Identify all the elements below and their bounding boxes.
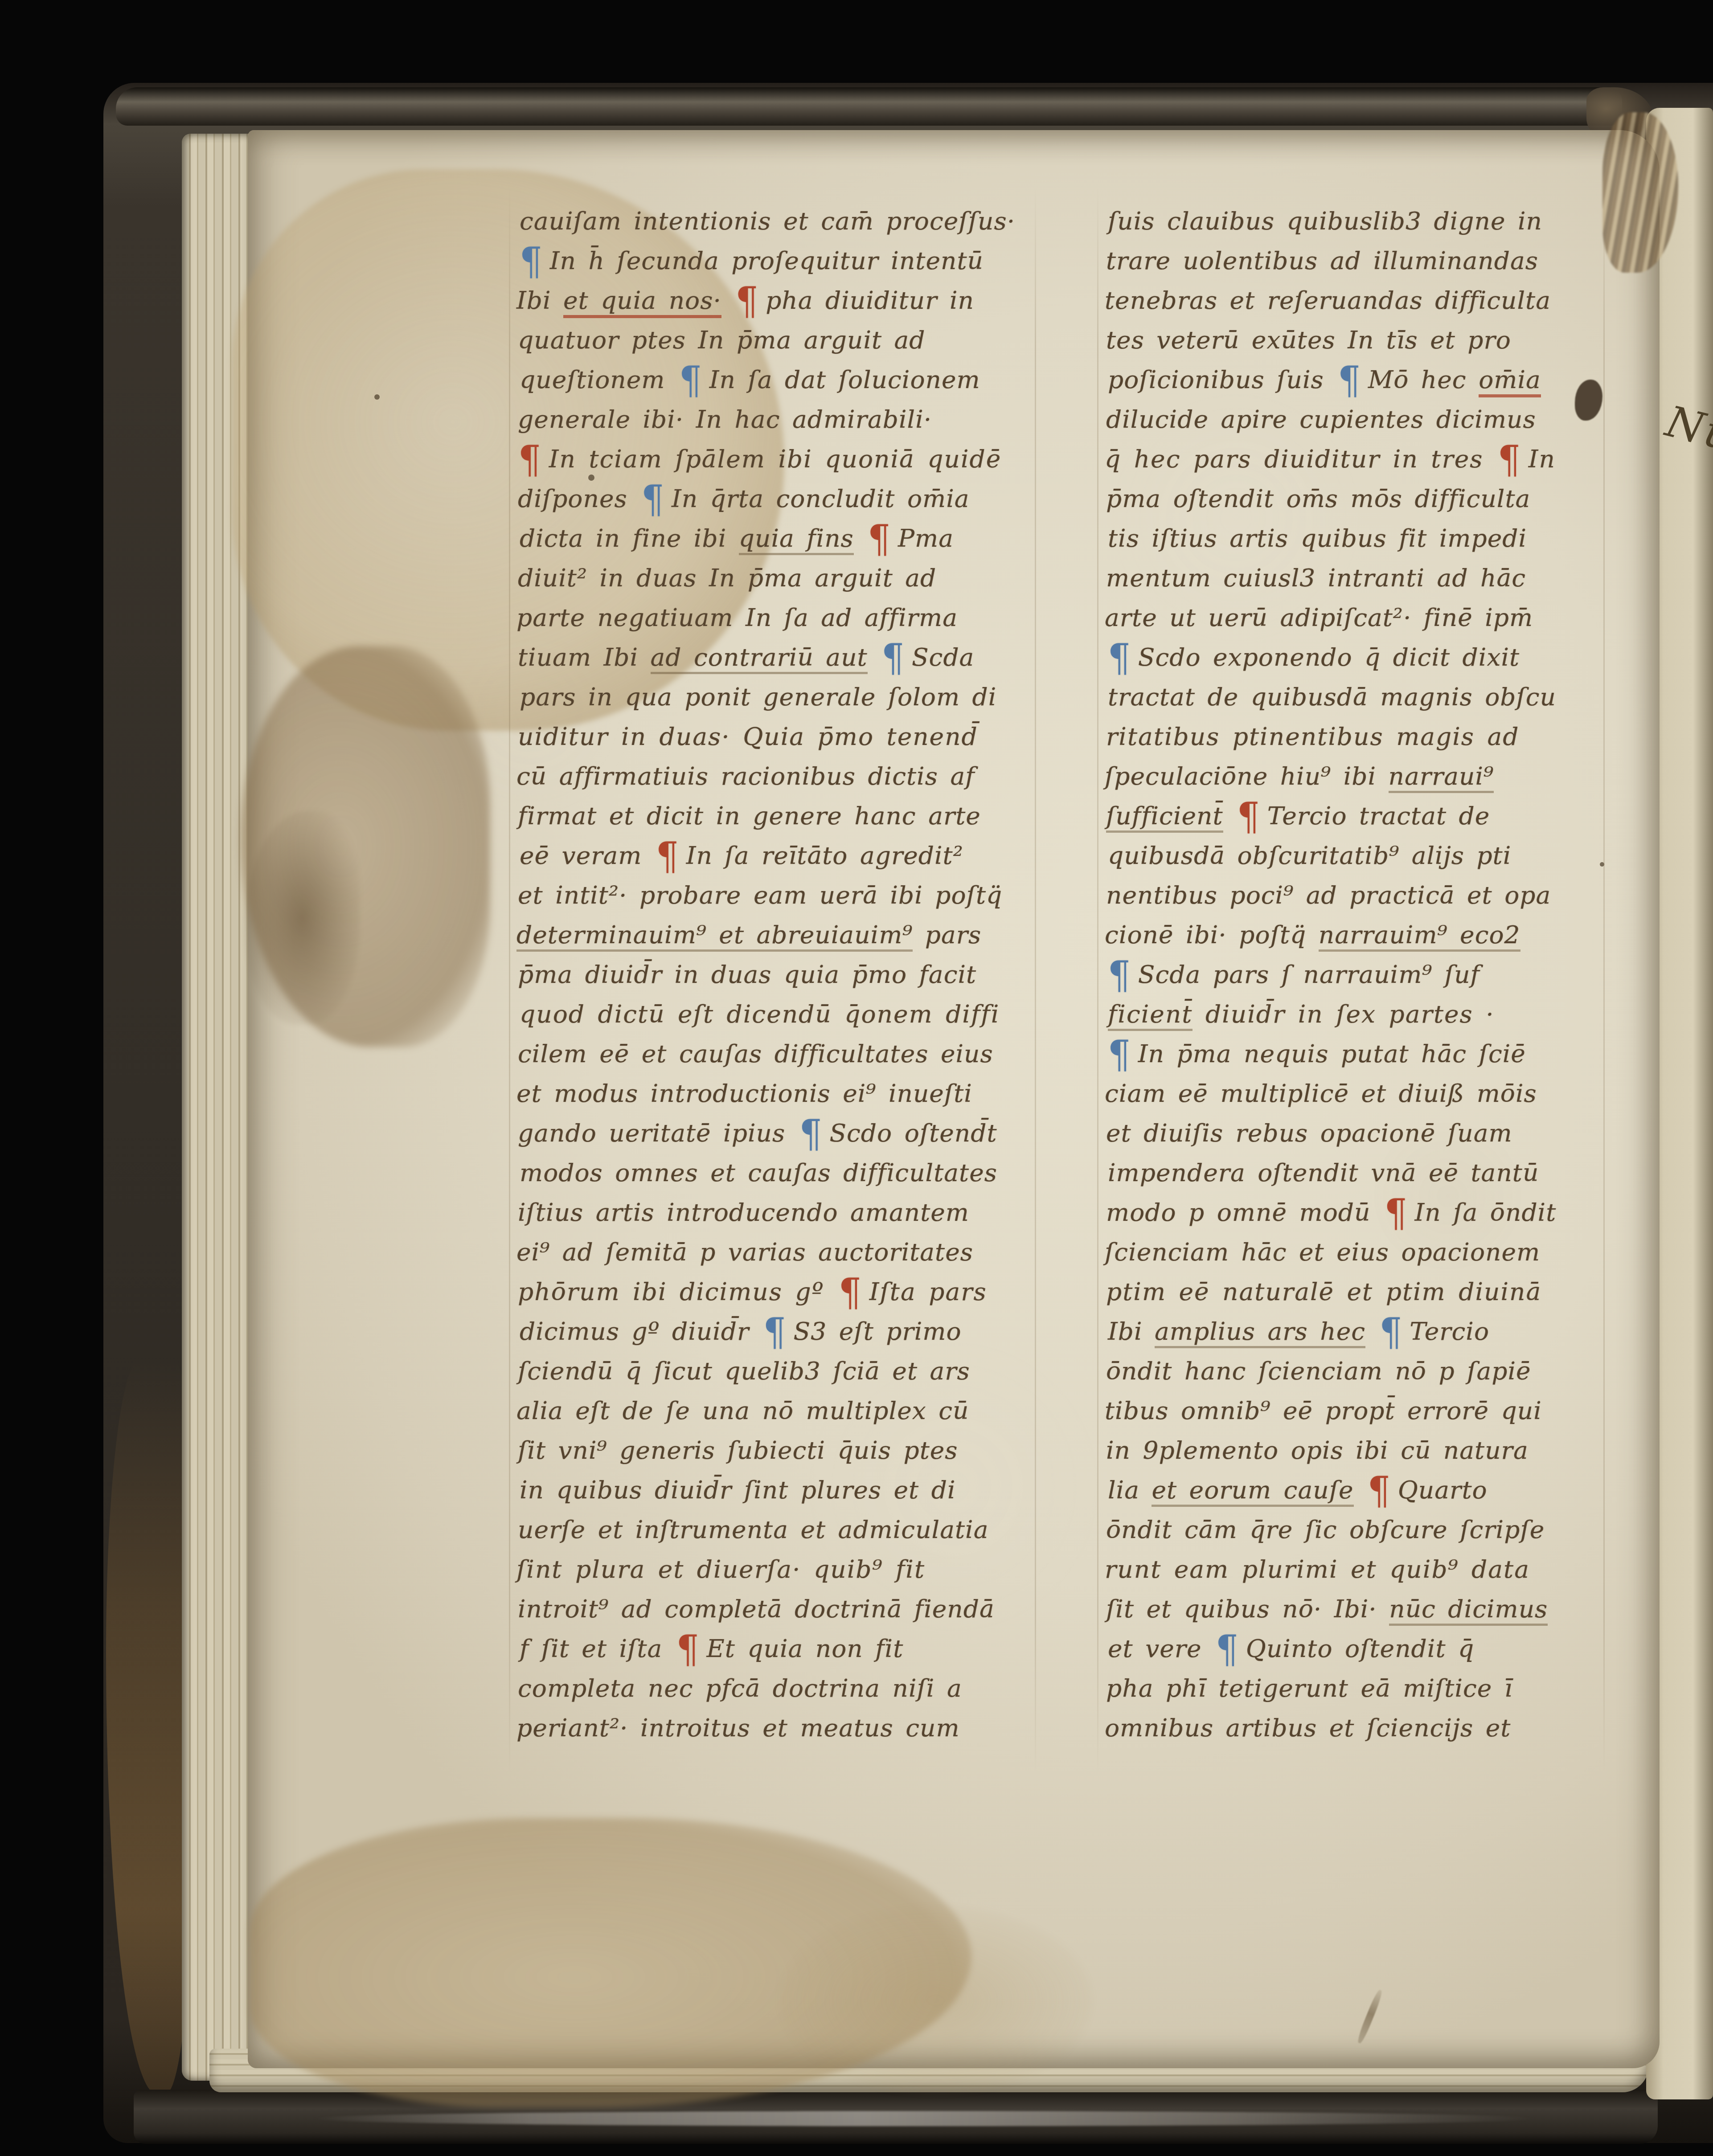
text-segment: et diuiſis rebus opacionē ſuam — [1106, 1119, 1512, 1147]
text-segment: tis iſtius artis quibus fit impedi — [1108, 524, 1527, 552]
ink-underlined-text: determinauim⁹ et abreuiauim⁹ — [516, 920, 913, 952]
text-segment: quibusdā obſcuritatib⁹ alijs pti — [1108, 841, 1511, 870]
paragraph-mark-blue: ¶ — [520, 242, 543, 281]
text-segment: completa nec pfcā doctrina niſi a — [518, 1674, 962, 1702]
text-segment: ſciendū q̄ ſicut quelib3 ſciā et ars — [518, 1357, 970, 1385]
text-segment — [1354, 1476, 1366, 1504]
ruling-line — [509, 187, 510, 1773]
text-segment — [868, 643, 880, 671]
text-line: cū affirmatiuis racionibus dictis af — [516, 757, 1012, 796]
text-segment: ſuis clauibus quibuslib3 digne in — [1108, 207, 1542, 235]
text-line: uerſe et inſtrumenta et admiculatia — [518, 1510, 1013, 1550]
text-line: p̄ma oſtendit om̄s mōs difficulta — [1106, 479, 1557, 519]
text-segment — [1223, 802, 1235, 830]
text-line: modos omnes et cauſas difficultates — [520, 1153, 1015, 1193]
text-line: ¶In h̄ ſecunda proſequitur intentū — [518, 241, 1013, 281]
red-underlined-text: om̄ia — [1479, 365, 1541, 397]
text-segment: In ſa ōndit — [1415, 1198, 1557, 1227]
text-line: et modus introductionis ei⁹ inueſti — [516, 1074, 1012, 1113]
text-segment: In p̄ma nequis putat hāc ſciē — [1138, 1039, 1526, 1068]
text-segment: tes veterū exūtes In tīs et pro — [1106, 326, 1511, 354]
paragraph-mark-red: ¶ — [518, 441, 542, 479]
paragraph-mark-blue: ¶ — [1108, 639, 1131, 677]
text-segment: Et quia non fit — [707, 1634, 904, 1663]
text-line: tiuam Ibi ad contrariū aut ¶Scda — [518, 638, 1013, 677]
text-segment: pha phī tetigerunt eā miſtice ī — [1106, 1674, 1512, 1702]
text-segment: ſit vni⁹ generis ſubiecti q̄uis ptes — [518, 1436, 958, 1465]
text-segment: dilucide apire cupientes dicimus — [1106, 405, 1536, 434]
text-line: arte ut uerū adipiſcat²· finē ipm̄ — [1105, 598, 1556, 638]
text-line: alia eſt de ſe una nō multiplex cū — [516, 1391, 1012, 1431]
text-segment: f ſit et iſta — [520, 1634, 675, 1663]
paragraph-mark-blue: ¶ — [799, 1115, 823, 1153]
text-line: et vere ¶Quinto oſtendit q̄ — [1108, 1629, 1559, 1669]
text-line: mentum cuiusl3 intranti ad hāc — [1106, 558, 1557, 598]
column-left-text: cauiſam intentionis et cam̄ proceſſus·¶I… — [518, 201, 1013, 1748]
ink-underlined-text: ad contrariū aut — [651, 643, 868, 674]
text-line: pha phī tetigerunt eā miſtice ī — [1106, 1669, 1557, 1708]
paragraph-mark-blue: ¶ — [1338, 361, 1361, 400]
text-segment: Tercio — [1410, 1317, 1489, 1346]
text-line: eē veram ¶In ſa reītāto agredit² — [520, 836, 1015, 875]
text-line: uiditur in duas· Quia p̄mo tenend̄ — [518, 717, 1013, 757]
cover-bottom-sheen — [312, 2111, 1537, 2126]
ink-underlined-text: nūc dicimus — [1389, 1595, 1548, 1626]
text-line: ptim eē naturalē et ptim diuinā — [1106, 1272, 1557, 1312]
text-line: quibusdā obſcuritatib⁹ alijs pti — [1108, 836, 1559, 875]
paragraph-mark-red: ¶ — [1237, 798, 1260, 836]
text-segment: omnibus artibus et ſciencijs et — [1105, 1714, 1511, 1742]
text-segment: in 9plemento opis ibi cū natura — [1106, 1436, 1529, 1465]
text-segment: Scda — [912, 643, 974, 671]
text-segment: pha diuiditur in — [766, 286, 974, 315]
text-segment: et intit²· probare eam uerā ibi poſtq̈ — [518, 881, 1002, 909]
ink-underlined-text: ſufficient̄ — [1106, 802, 1223, 833]
ink-underlined-text: amplius ars hec — [1155, 1317, 1365, 1348]
text-segment: periant²· introitus et meatus cum — [516, 1714, 960, 1742]
ruling-line — [1035, 187, 1036, 1773]
text-segment: generale ibi· In hac admirabili· — [518, 405, 932, 434]
text-segment: ſpeculaciōne hiu⁹ ibi — [1105, 762, 1389, 790]
ink-underlined-text: ficient̄ — [1108, 1000, 1193, 1031]
text-line: tes veterū exūtes In tīs et pro — [1106, 320, 1557, 360]
text-segment: In ſa reītāto agredit² — [686, 841, 963, 870]
text-segment — [854, 524, 866, 552]
ruling-line — [1097, 187, 1098, 1773]
text-segment: Iſta pars — [869, 1277, 987, 1306]
text-line: ſpeculaciōne hiu⁹ ibi narraui⁹ — [1105, 757, 1556, 796]
text-line: quod dictū eſt dicendū q̄onem diffi — [520, 994, 1015, 1034]
text-line: generale ibi· In hac admirabili· — [518, 400, 1013, 439]
text-line: dilucide apire cupientes dicimus — [1106, 400, 1557, 439]
text-segment: dicta in fine ibi — [520, 524, 739, 552]
text-line: ſit vni⁹ generis ſubiecti q̄uis ptes — [518, 1431, 1013, 1470]
text-line: et diuiſis rebus opacionē ſuam — [1106, 1113, 1557, 1153]
text-line: ¶Scda pars ſ narrauim⁹ ſuf — [1106, 955, 1557, 994]
paragraph-mark-red: ¶ — [868, 520, 891, 558]
text-segment: dicimus gº diuid̄r — [520, 1317, 762, 1346]
text-segment — [721, 286, 734, 315]
ink-underlined-text: quia fins — [739, 524, 854, 555]
text-line: tenebras et reſeruandas difficulta — [1105, 281, 1556, 320]
text-line: ōndit hanc ſcienciam nō p ſapiē — [1106, 1351, 1557, 1391]
text-segment: et modus introductionis ei⁹ inueſti — [516, 1079, 972, 1108]
text-line: ſcienciam hāc et eius opacionem — [1105, 1232, 1556, 1272]
text-segment: diſpones — [518, 484, 639, 513]
paragraph-mark-blue: ¶ — [763, 1313, 787, 1351]
text-segment: tractat de quibusdā magnis obſcu — [1108, 683, 1556, 711]
text-segment: ptim eē naturalē et ptim diuinā — [1106, 1277, 1541, 1306]
red-underlined-text: et quia nos· — [563, 286, 721, 318]
text-line: impendera oſtendit vnā eē tantū — [1108, 1153, 1559, 1193]
text-line: ciam eē multiplicē et diuiß mōis — [1105, 1074, 1556, 1113]
text-segment: queſtionem — [520, 365, 677, 394]
text-segment: tenebras et reſeruandas difficulta — [1105, 286, 1551, 315]
text-segment: In h̄ ſecunda proſequitur intentū — [550, 246, 984, 275]
paragraph-mark-red: ¶ — [656, 837, 679, 875]
text-line: p̄ma diuid̄r in duas quia p̄mo facit — [518, 955, 1013, 994]
text-segment: uiditur in duas· Quia p̄mo tenend̄ — [518, 722, 978, 751]
text-line: poſicionibus ſuis ¶Mō hec om̄ia — [1108, 360, 1559, 400]
text-line: omnibus artibus et ſciencijs et — [1105, 1708, 1556, 1748]
text-segment: In tciam ſpālem ibi quoniā quidē — [549, 445, 1002, 473]
text-line: determinauim⁹ et abreuiauim⁹ pars — [516, 915, 1012, 955]
text-segment: cauiſam intentionis et cam̄ proceſſus· — [520, 207, 1015, 235]
text-segment: trare uolentibus ad illuminandas — [1106, 246, 1538, 275]
text-segment: impendera oſtendit vnā eē tantū — [1108, 1158, 1539, 1187]
text-segment: cionē ibi· poſtq̈ — [1105, 920, 1319, 949]
text-segment: Ibi — [516, 286, 563, 315]
text-line: f ſit et iſta ¶Et quia non fit — [520, 1629, 1015, 1669]
ink-underlined-text: narrauim⁹ eco2 — [1319, 920, 1520, 952]
text-segment: p̄ma diuid̄r in duas quia p̄mo facit — [518, 960, 976, 989]
text-segment: in quibus diuid̄r ſint plures et di — [520, 1476, 956, 1504]
paragraph-mark-blue: ¶ — [641, 480, 664, 519]
text-segment: In — [1529, 445, 1556, 473]
text-segment: tiuam Ibi — [518, 643, 651, 671]
text-line: ſufficient̄ ¶Tercio tractat de — [1106, 796, 1557, 836]
column-right-text: ſuis clauibus quibuslib3 digne intrare u… — [1106, 201, 1557, 1748]
text-line: ſciendū q̄ ſicut quelib3 ſciā et ars — [518, 1351, 1013, 1391]
text-segment: In q̄rta concludit om̄ia — [672, 484, 970, 513]
ink-underlined-text: et eorum cauſe — [1152, 1476, 1353, 1507]
text-segment: alia eſt de ſe una nō multiplex cū — [516, 1396, 969, 1425]
text-line: cilem eē et cauſas difficultates eius — [518, 1034, 1013, 1074]
text-line: parte negatiuam In ſa ad affirma — [516, 598, 1012, 638]
text-line: tis iſtius artis quibus fit impedi — [1108, 519, 1559, 558]
text-segment: p̄ma oſtendit om̄s mōs difficulta — [1106, 484, 1530, 513]
text-line: firmat et dicit in genere hanc arte — [518, 796, 1013, 836]
ruling-line — [1603, 187, 1605, 1773]
text-segment: eē veram — [520, 841, 654, 870]
paragraph-mark-red: ¶ — [1385, 1194, 1408, 1232]
text-line: runt eam plurimi et quib⁹ data — [1105, 1550, 1556, 1589]
text-line: lia et eorum cauſe ¶Quarto — [1108, 1470, 1559, 1510]
text-segment: firmat et dicit in genere hanc arte — [518, 802, 981, 830]
text-segment: lia — [1108, 1476, 1152, 1504]
text-line: periant²· introitus et meatus cum — [516, 1708, 1012, 1748]
text-segment: gando ueritatē ipius — [518, 1119, 798, 1147]
text-segment: Scda pars ſ narrauim⁹ ſuf — [1138, 960, 1480, 989]
text-segment: ſit et quibus nō· Ibi· — [1106, 1595, 1389, 1623]
text-segment: nentibus poci⁹ ad practicā et opa — [1106, 881, 1551, 909]
text-segment: runt eam plurimi et quib⁹ data — [1105, 1555, 1530, 1583]
text-line: quatuor ptes In p̄ma arguit ad — [518, 320, 1013, 360]
text-line: ¶In p̄ma nequis putat hāc ſciē — [1106, 1034, 1557, 1074]
text-segment: ritatibus ptinentibus magis ad — [1106, 722, 1520, 751]
manuscript-photograph: Nu cauiſam intentionis et cam̄ proceſſus… — [0, 0, 1713, 2156]
text-segment: q̄ hec pars diuiditur in tres — [1105, 445, 1496, 473]
text-line: diuit² in duas In p̄ma arguit ad — [518, 558, 1013, 598]
paragraph-mark-blue: ¶ — [679, 361, 702, 400]
text-line: cauiſam intentionis et cam̄ proceſſus· — [520, 201, 1015, 241]
text-segment: ei⁹ ad ſemitā p varias auctoritates — [516, 1238, 973, 1266]
paragraph-mark-blue: ¶ — [881, 639, 905, 677]
ink-underlined-text: narraui⁹ — [1389, 762, 1494, 793]
text-segment: Quarto — [1398, 1476, 1488, 1504]
text-line: introit⁹ ad completā doctrinā fiendā — [518, 1589, 1013, 1629]
text-line: Ibi et quia nos· ¶pha diuiditur in — [516, 281, 1012, 320]
paragraph-mark-red: ¶ — [1498, 441, 1521, 479]
text-line: in 9plemento opis ibi cū natura — [1106, 1431, 1557, 1470]
text-line: pars in qua ponit generale ſolom di — [520, 677, 1015, 717]
text-line: nentibus poci⁹ ad practicā et opa — [1106, 875, 1557, 915]
text-segment: arte ut uerū adipiſcat²· finē ipm̄ — [1105, 603, 1533, 632]
text-segment: ciam eē multiplicē et diuiß mōis — [1105, 1079, 1537, 1108]
text-segment: iſtius artis introducendo amantem — [518, 1198, 969, 1227]
text-line: tibus omnib⁹ eē propt̄ errorē qui — [1105, 1391, 1556, 1431]
text-segment: introit⁹ ad completā doctrinā fiendā — [518, 1595, 995, 1623]
text-segment: Scdo exponendo q̄ dicit dixit — [1138, 643, 1520, 671]
text-segment: mentum cuiusl3 intranti ad hāc — [1106, 564, 1526, 592]
text-line: ficient̄ diuid̄r in ſex partes · — [1108, 994, 1559, 1034]
text-line: iſtius artis introducendo amantem — [518, 1193, 1013, 1232]
text-segment: uerſe et inſtrumenta et admiculatia — [518, 1515, 988, 1544]
text-segment: S3 eſt primo — [794, 1317, 962, 1346]
text-segment: Mō hec — [1368, 365, 1479, 394]
text-segment: phōrum ibi dicimus gº — [518, 1277, 837, 1306]
text-line: ſuis clauibus quibuslib3 digne in — [1108, 201, 1559, 241]
text-segment: Pma — [898, 524, 954, 552]
text-segment: parte negatiuam In ſa ad affirma — [516, 603, 958, 632]
text-line: completa nec pfcā doctrina niſi a — [518, 1669, 1013, 1708]
text-line: ſint plura et diuerſa· quib⁹ fit — [516, 1550, 1012, 1589]
text-segment: quatuor ptes In p̄ma arguit ad — [518, 326, 926, 354]
paragraph-mark-red: ¶ — [1368, 1472, 1391, 1510]
text-line: trare uolentibus ad illuminandas — [1106, 241, 1557, 281]
text-segment: Quinto oſtendit q̄ — [1246, 1634, 1474, 1663]
folio-edges-left — [182, 134, 257, 2081]
text-line: gando ueritatē ipius ¶Scdo oſtend̄t — [518, 1113, 1013, 1153]
text-line: et intit²· probare eam uerā ibi poſtq̈ — [518, 875, 1013, 915]
text-line: cionē ibi· poſtq̈ narrauim⁹ eco2 — [1105, 915, 1556, 955]
text-segment: poſicionibus ſuis — [1108, 365, 1336, 394]
text-line: dicta in fine ibi quia fins ¶Pma — [520, 519, 1015, 558]
text-line: tractat de quibusdā magnis obſcu — [1108, 677, 1559, 717]
text-segment: modos omnes et cauſas difficultates — [520, 1158, 997, 1187]
text-line: phōrum ibi dicimus gº ¶Iſta pars — [518, 1272, 1013, 1312]
text-line: ¶In tciam ſpālem ibi quoniā quidē — [516, 439, 1012, 479]
text-line: queſtionem ¶In ſa dat ſolucionem — [520, 360, 1015, 400]
text-segment: In ſa dat ſolucionem — [709, 365, 980, 394]
text-segment: modo p omnē modū — [1106, 1198, 1383, 1227]
paragraph-mark-blue: ¶ — [1216, 1630, 1239, 1669]
text-line: in quibus diuid̄r ſint plures et di — [520, 1470, 1015, 1510]
paragraph-mark-blue: ¶ — [1108, 1035, 1131, 1074]
text-segment: diuid̄r in ſex partes · — [1193, 1000, 1494, 1028]
text-line: Ibi amplius ars hec ¶Tercio — [1108, 1312, 1559, 1351]
text-segment: ſcienciam hāc et eius opacionem — [1105, 1238, 1540, 1266]
paragraph-mark-red: ¶ — [839, 1273, 862, 1312]
text-segment: ōndit hanc ſcienciam nō p ſapiē — [1106, 1357, 1531, 1385]
text-line: diſpones ¶In q̄rta concludit om̄ia — [518, 479, 1013, 519]
text-segment — [1365, 1317, 1377, 1346]
text-line: ei⁹ ad ſemitā p varias auctoritates — [516, 1232, 1012, 1272]
text-segment: Scdo oſtend̄t — [829, 1119, 997, 1147]
text-line: ¶Scdo exponendo q̄ dicit dixit — [1106, 638, 1557, 677]
text-segment: pars in qua ponit generale ſolom di — [520, 683, 996, 711]
text-line: ritatibus ptinentibus magis ad — [1106, 717, 1557, 757]
text-line: q̄ hec pars diuiditur in tres ¶In — [1105, 439, 1556, 479]
cover-top-edge — [116, 87, 1622, 126]
ink-speck — [374, 394, 380, 400]
text-segment: tibus omnib⁹ eē propt̄ errorē qui — [1105, 1396, 1542, 1425]
text-segment: diuit² in duas In p̄ma arguit ad — [518, 564, 936, 592]
paragraph-mark-red: ¶ — [735, 282, 758, 320]
text-line: modo p omnē modū ¶In ſa ōndit — [1106, 1193, 1557, 1232]
text-segment: cū affirmatiuis racionibus dictis af — [516, 762, 975, 790]
text-segment: Tercio tractat de — [1267, 802, 1490, 830]
text-segment: ſint plura et diuerſa· quib⁹ fit — [516, 1555, 925, 1583]
text-line: dicimus gº diuid̄r ¶S3 eſt primo — [520, 1312, 1015, 1351]
text-segment: Ibi — [1108, 1317, 1155, 1346]
paragraph-mark-blue: ¶ — [1108, 956, 1131, 994]
text-segment: et vere — [1108, 1634, 1214, 1663]
paragraph-mark-red: ¶ — [676, 1630, 700, 1669]
text-segment: ōndit cām q̄re ſic obſcure ſcripſe — [1106, 1515, 1545, 1544]
paragraph-mark-blue: ¶ — [1380, 1313, 1403, 1351]
text-segment: cilem eē et cauſas difficultates eius — [518, 1039, 993, 1068]
text-line: ōndit cām q̄re ſic obſcure ſcripſe — [1106, 1510, 1557, 1550]
text-line: ſit et quibus nō· Ibi· nūc dicimus — [1106, 1589, 1557, 1629]
text-segment: quod dictū eſt dicendū q̄onem diffi — [520, 1000, 1000, 1028]
text-segment: pars — [913, 920, 981, 949]
